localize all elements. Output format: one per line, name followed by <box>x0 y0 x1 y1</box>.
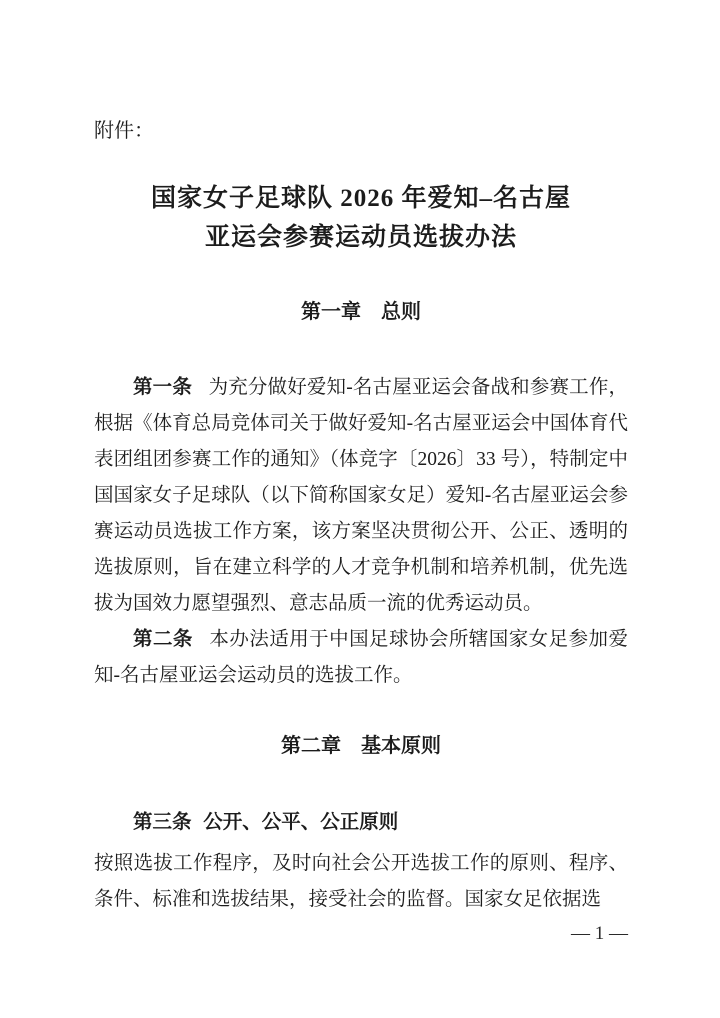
article-1-label: 第一条 <box>133 377 192 398</box>
article-1-paragraph: 第一条为充分做好爱知-名古屋亚运会备战和参赛工作，根据《体育总局竞体司关于做好爱… <box>94 370 628 622</box>
attachment-label: 附件： <box>94 116 628 146</box>
article-2-paragraph: 第二条本办法适用于中国足球协会所辖国家女足参加爱知-名古屋亚运会运动员的选拔工作… <box>94 622 628 694</box>
article-3-heading: 第三条公开、公平、公正原则 <box>94 808 628 838</box>
chapter-1-body: 第一条为充分做好爱知-名古屋亚运会备战和参赛工作，根据《体育总局竞体司关于做好爱… <box>94 370 628 694</box>
article-2-label: 第二条 <box>133 629 193 650</box>
document-page: 附件： 国家女子足球队 2026 年爱知–名古屋 亚运会参赛运动员选拔办法 第一… <box>0 0 720 1018</box>
article-3-paragraph: 按照选拔工作程序，及时向社会公开选拔工作的原则、程序、条件、标准和选拔结果，接受… <box>94 846 628 918</box>
chapter-1-heading: 第一章 总则 <box>94 296 628 328</box>
document-title-line2: 亚运会参赛运动员选拔办法 <box>94 218 628 257</box>
article-3-label: 第三条 <box>133 812 192 833</box>
document-title-line1: 国家女子足球队 2026 年爱知–名古屋 <box>94 179 628 218</box>
chapter-2-heading: 第二章 基本原则 <box>94 730 628 762</box>
article-1-text: 为充分做好爱知-名古屋亚运会备战和参赛工作，根据《体育总局竞体司关于做好爱知-名… <box>94 377 628 614</box>
document-title: 国家女子足球队 2026 年爱知–名古屋 亚运会参赛运动员选拔办法 <box>94 179 628 257</box>
article-3-text: 按照选拔工作程序，及时向社会公开选拔工作的原则、程序、条件、标准和选拔结果，接受… <box>94 853 628 910</box>
article-3-title: 公开、公平、公正原则 <box>203 812 398 833</box>
page-number: — 1 — <box>94 921 628 947</box>
